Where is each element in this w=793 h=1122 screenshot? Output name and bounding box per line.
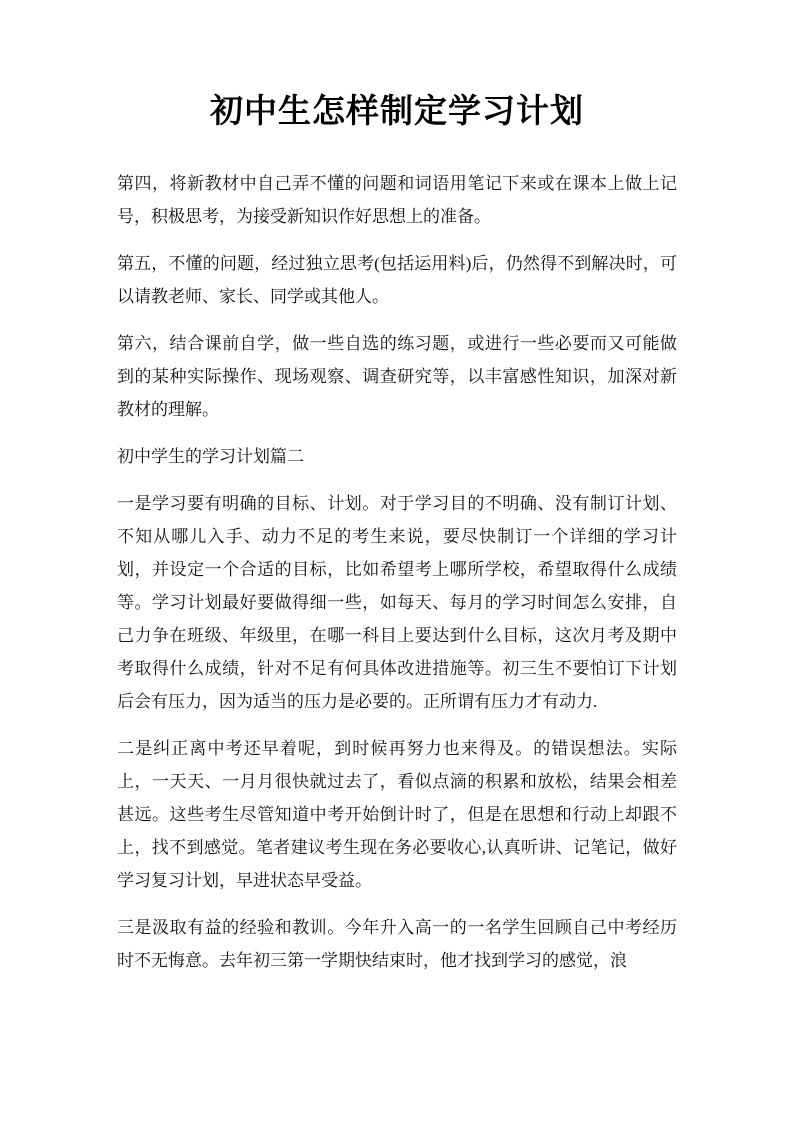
paragraph-point-6: 第六，结合课前自学，做一些自选的练习题，或进行一些必要而又可能做到的某种实际操作… [117, 327, 677, 426]
section-heading-part-two: 初中学生的学习计划篇二 [117, 440, 677, 473]
paragraph-point-4: 第四，将新教材中自己弄不懂的问题和词语用笔记下来或在课本上做上记号，积极思考，为… [117, 167, 677, 233]
document-title: 初中生怎样制定学习计划 [117, 90, 677, 134]
document-content: 初中生怎样制定学习计划 第四，将新教材中自己弄不懂的问题和词语用笔记下来或在课本… [0, 90, 793, 977]
paragraph-third-point: 三是汲取有益的经验和教训。今年升入高一的一名学生回顾自己中考经历时不无悔意。去年… [117, 911, 677, 977]
document-page: 初中生怎样制定学习计划 第四，将新教材中自己弄不懂的问题和词语用笔记下来或在课本… [0, 0, 793, 1122]
paragraph-point-5: 第五，不懂的问题，经过独立思考(包括运用料)后，仍然得不到解决时，可以请教老师、… [117, 247, 677, 313]
paragraph-second-point: 二是纠正离中考还早着呢，到时候再努力也来得及。的错误想法。实际上，一天天、一月月… [117, 732, 677, 897]
paragraph-first-point: 一是学习要有明确的目标、计划。对于学习目的不明确、没有制订计划、不知从哪儿入手、… [117, 487, 677, 718]
